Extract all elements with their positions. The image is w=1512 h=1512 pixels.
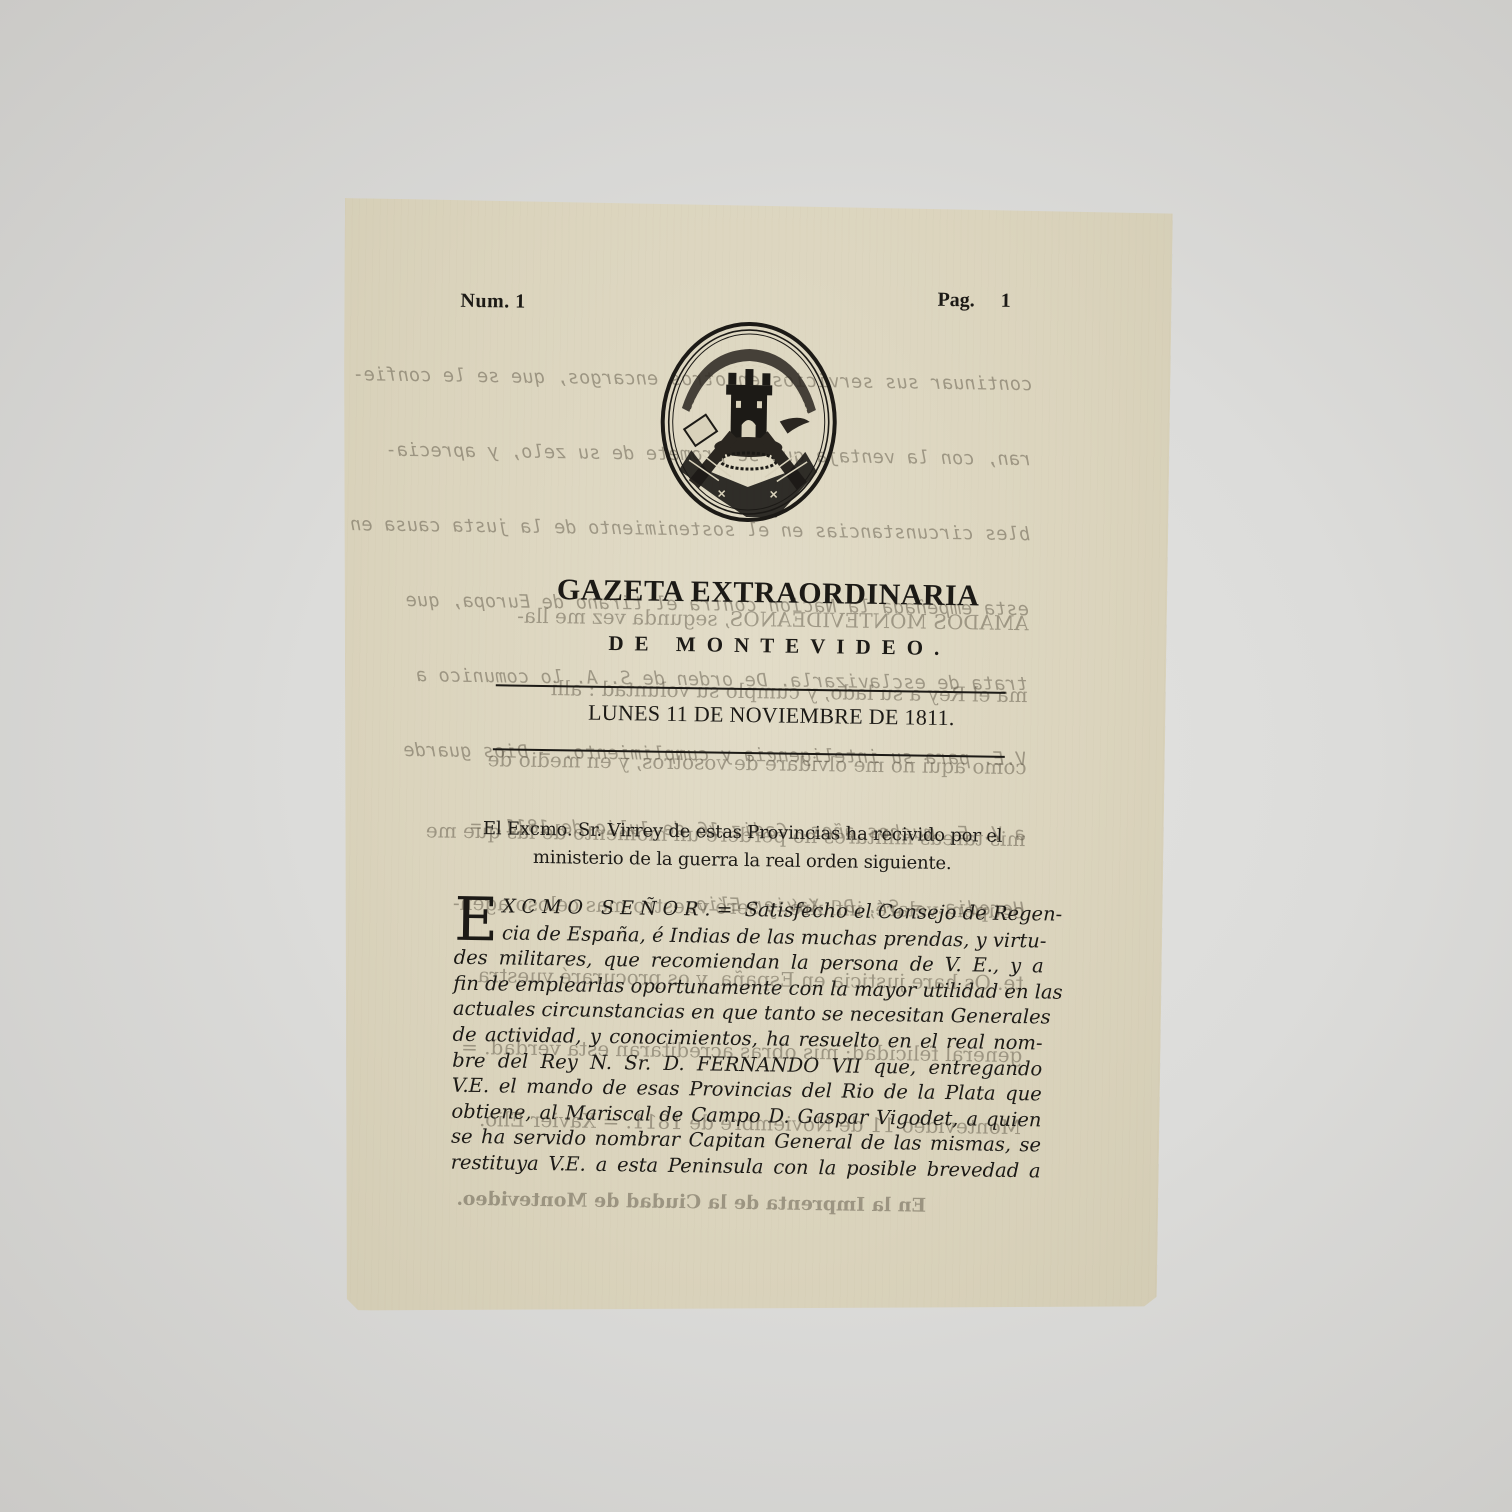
royal-order-text: E XCMO SEÑOR.= Satisfecho el Consejo de …: [451, 893, 1045, 1184]
gazette-page: continuar sus servicios en otros encargo…: [329, 198, 1173, 1322]
issue-number: Num. 1: [460, 290, 526, 314]
body-line-text: Satisfecho el Consejo de Regen-: [744, 898, 1062, 926]
page-label: Pag.: [937, 289, 975, 312]
coat-of-arms-icon: [658, 320, 839, 525]
page-number: 1: [1001, 290, 1011, 312]
salutation: XCMO SEÑOR.=: [502, 895, 738, 921]
bleed-line: En la Imprenta de la Ciudad de Montevide…: [526, 1188, 926, 1219]
drop-cap: E: [454, 897, 498, 944]
intro-paragraph: El Excmo. Sr. Virrey de estas Provincias…: [445, 815, 1040, 880]
page-indicator: Pag.1: [937, 289, 1011, 313]
